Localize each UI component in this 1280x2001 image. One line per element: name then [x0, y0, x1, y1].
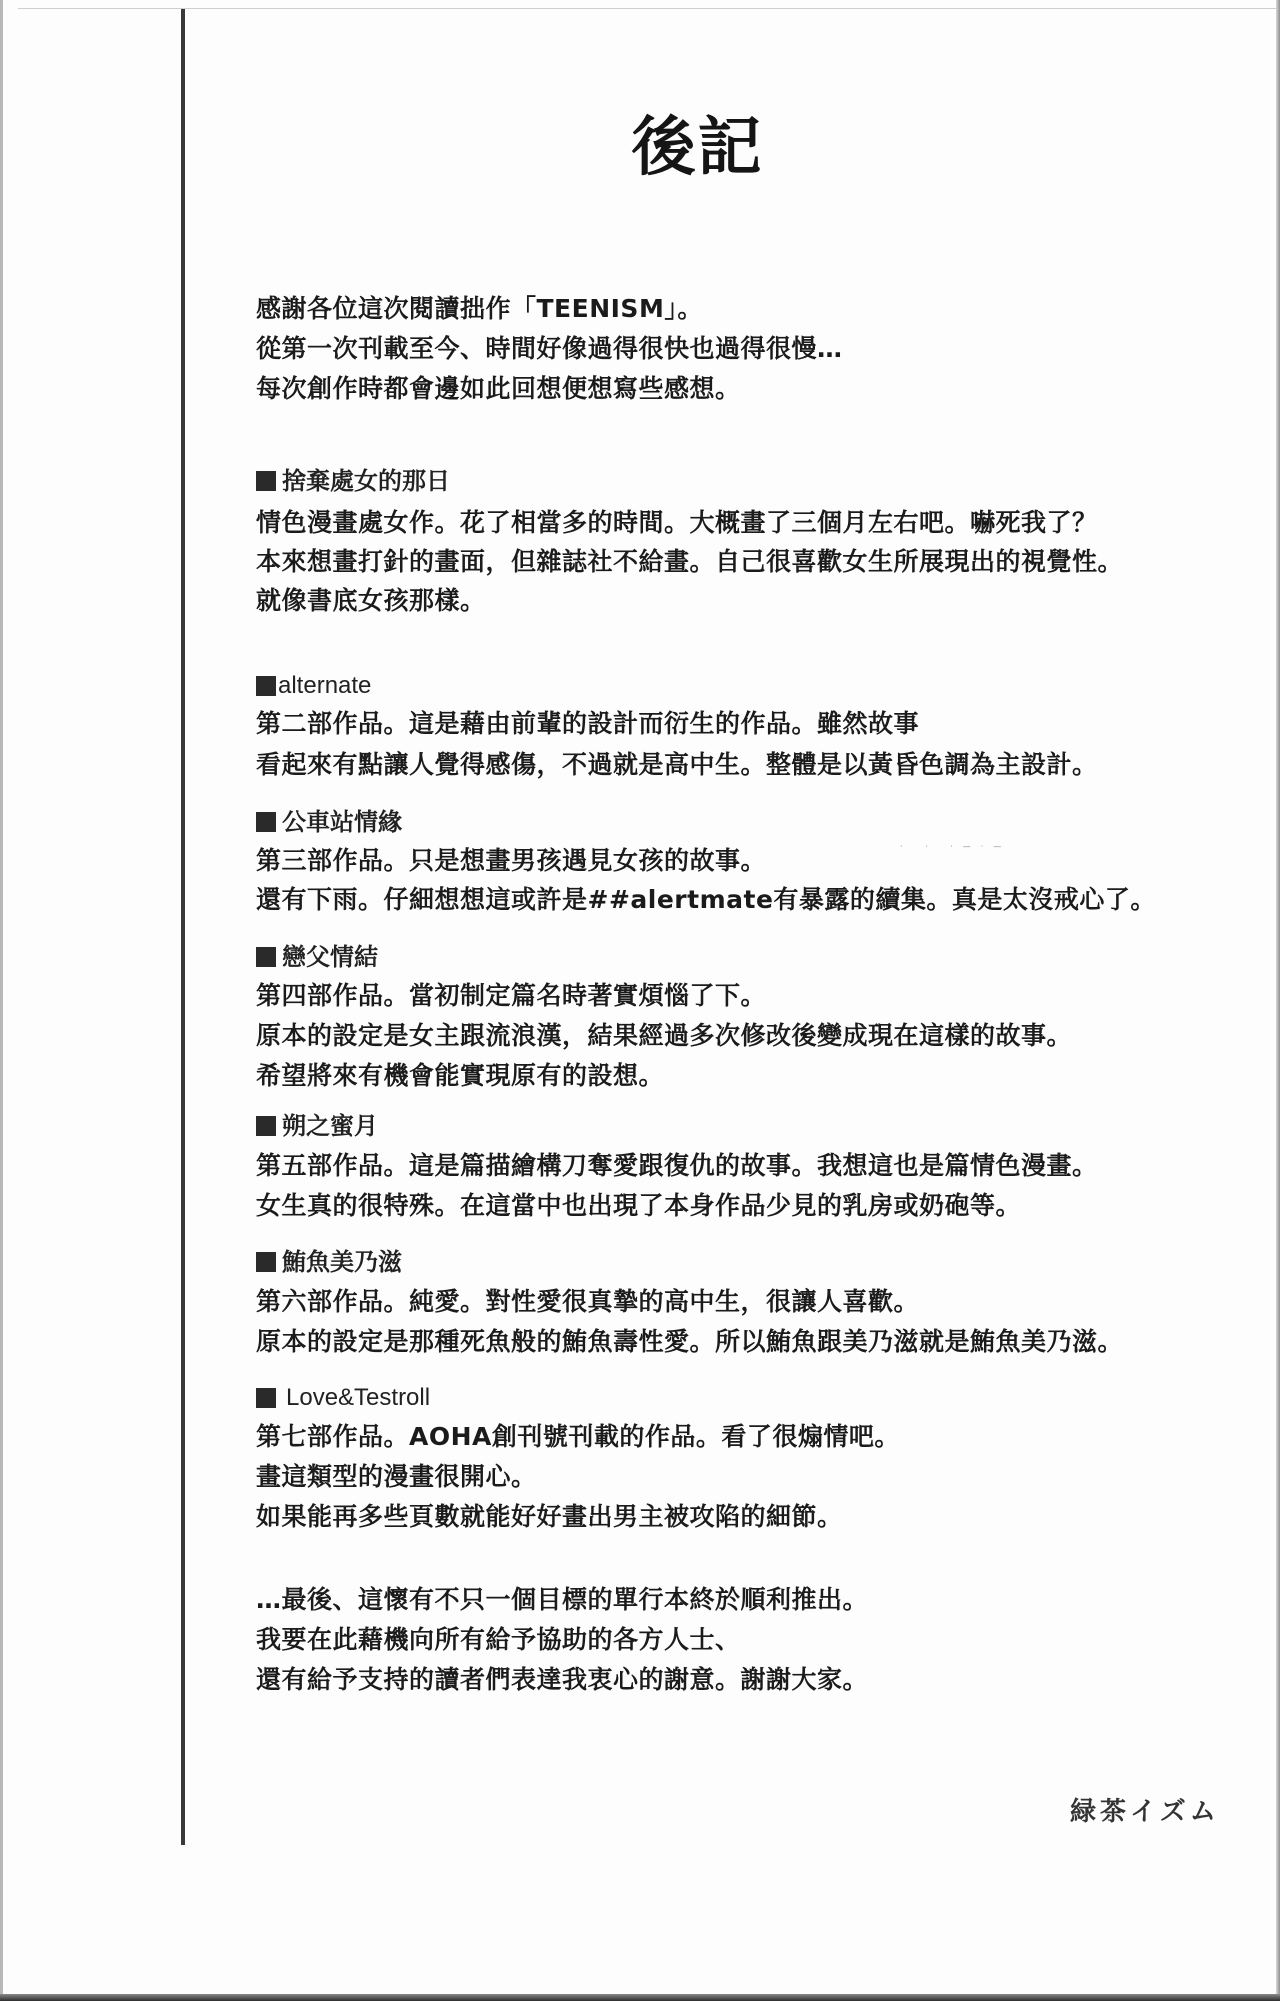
square-bullet-icon	[256, 947, 276, 967]
section-heading: Love&Testroll	[256, 1383, 430, 1413]
section-heading: 鮪魚美乃滋	[256, 1247, 402, 1277]
section-line: 本來想畫打針的畫面，但雜誌社不給畫。自己很喜歡女生所展現出的視覺性。	[256, 546, 1123, 578]
section-line: 第四部作品。當初制定篇名時著實煩惱了下。	[256, 980, 766, 1012]
section-heading-text: 鮪魚美乃滋	[282, 1247, 402, 1277]
section-line: 畫這類型的漫畫很開心。	[256, 1461, 537, 1493]
section-line: 女生真的很特殊。在這當中也出現了本身作品少見的乳房或奶砲等。	[256, 1190, 1021, 1222]
section-line: 如果能再多些頁數就能好好畫出男主被攻陷的細節。	[256, 1501, 843, 1533]
square-bullet-icon	[256, 1252, 276, 1272]
section-heading: 捨棄處女的那日	[256, 466, 450, 496]
section-heading-text: Love&Testroll	[286, 1383, 430, 1413]
section-heading: 公車站情緣	[256, 807, 402, 837]
page-title: 後記	[0, 96, 1280, 188]
section-heading: alternate	[256, 671, 371, 701]
closing-line: 還有給予支持的讀者們表達我衷心的謝意。謝謝大家。	[256, 1664, 868, 1696]
section-line: 原本的設定是女主跟流浪漢，結果經過多次修改後變成現在這樣的故事。	[256, 1020, 1072, 1052]
section-line: 情色漫畫處女作。花了相當多的時間。大概畫了三個月左右吧。嚇死我了？	[256, 507, 1098, 539]
closing-line: …最後、這懷有不只一個目標的單行本終於順利推出。	[256, 1584, 868, 1616]
page-edge-left	[0, 0, 3, 2001]
page-edge-right	[1276, 0, 1280, 2001]
scan-speckles: · · ·—·—	[900, 842, 1011, 851]
section-heading-text: 公車站情緣	[282, 807, 402, 837]
section-line: 原本的設定是那種死魚般的鮪魚壽性愛。所以鮪魚跟美乃滋就是鮪魚美乃滋。	[256, 1326, 1123, 1358]
square-bullet-icon	[256, 1388, 276, 1408]
section-line: 第六部作品。純愛。對性愛很真摯的高中生，很讓人喜歡。	[256, 1286, 919, 1318]
section-line: 就像書底女孩那樣。	[256, 585, 486, 617]
vertical-margin-rule	[181, 9, 185, 1845]
section-line: 還有下雨。仔細想想這或許是##alertmate有暴露的續集。真是太沒戒心了。	[256, 884, 1156, 916]
section-heading-text: 朔之蜜月	[282, 1111, 378, 1141]
section-heading-text: 戀父情結	[282, 942, 378, 972]
section-heading: 朔之蜜月	[256, 1111, 378, 1141]
page-edge-bottom	[0, 1994, 1280, 2001]
section-line: 看起來有點讓人覺得感傷，不過就是高中生。整體是以黃昏色調為主設計。	[256, 749, 1098, 781]
intro-line: 每次創作時都會邊如此回想便想寫些感想。	[256, 373, 741, 405]
square-bullet-icon	[256, 1116, 276, 1136]
section-line: 第七部作品。AOHA創刊號刊載的作品。看了很煽情吧。	[256, 1421, 900, 1453]
section-heading: 戀父情結	[256, 942, 378, 972]
section-heading-text: alternate	[278, 671, 371, 701]
intro-line: 感謝各位這次閱讀拙作「TEENISM」。	[256, 293, 703, 325]
page-edge-top	[18, 8, 1280, 9]
author-signature: 緑茶イズム	[1070, 1791, 1220, 1828]
square-bullet-icon	[256, 471, 276, 491]
section-line: 第五部作品。這是篇描繪構刀奪愛跟復仇的故事。我想這也是篇情色漫畫。	[256, 1150, 1098, 1182]
square-bullet-icon	[256, 676, 276, 696]
intro-line: 從第一次刊載至今、時間好像過得很快也過得很慢…	[256, 333, 843, 365]
section-line: 希望將來有機會能實現原有的設想。	[256, 1060, 664, 1092]
section-heading-text: 捨棄處女的那日	[282, 466, 450, 496]
square-bullet-icon	[256, 812, 276, 832]
closing-line: 我要在此藉機向所有給予協助的各方人士、	[256, 1624, 741, 1656]
section-line: 第二部作品。這是藉由前輩的設計而衍生的作品。雖然故事	[256, 708, 919, 740]
section-line: 第三部作品。只是想畫男孩遇見女孩的故事。	[256, 845, 766, 877]
